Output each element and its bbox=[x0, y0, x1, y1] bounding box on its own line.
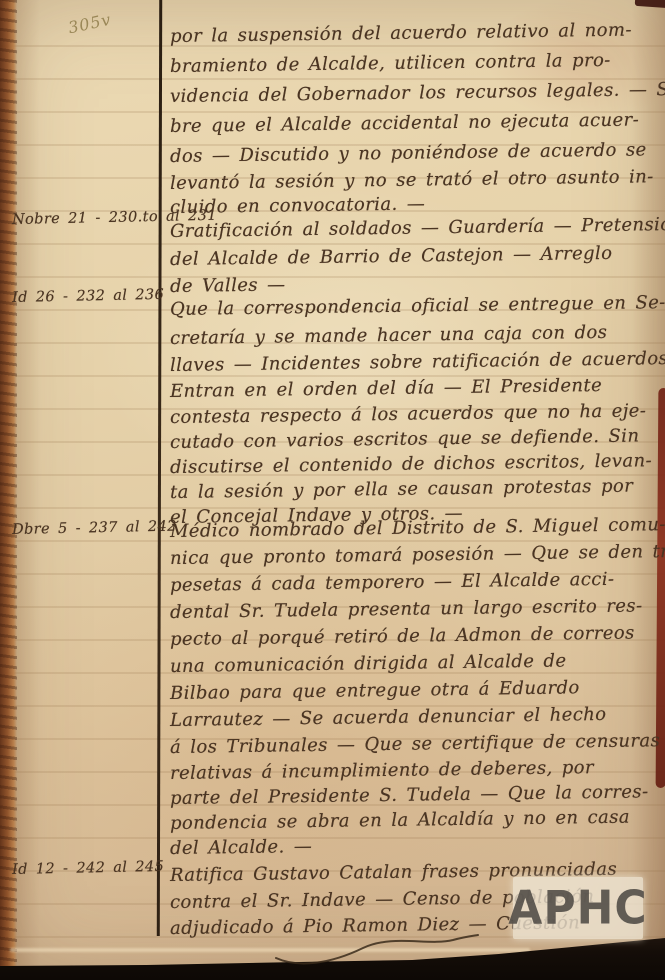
archive-watermark-text: APHC bbox=[508, 881, 647, 935]
handwriting-layer: por la suspensión del acuerdo relativo a… bbox=[0, 0, 665, 980]
archive-watermark: APHC bbox=[513, 877, 643, 939]
manuscript-line: Bilbao para que entregue otra á Eduardo bbox=[170, 676, 580, 706]
manuscript-line: de Valles — bbox=[170, 273, 286, 299]
manuscript-line: del Alcalde. — bbox=[170, 835, 313, 861]
manuscript-line: dos — Discutido y no poniéndose de acuer… bbox=[170, 138, 647, 169]
manuscript-line: levantó la sesión y no se trató el otro … bbox=[170, 165, 654, 196]
manuscript-line: pecto al porqué retiró de la Admon de co… bbox=[170, 622, 635, 652]
margin-note: Nobre 21 - 230.to al 231 bbox=[12, 209, 158, 228]
manuscript-line: bramiento de Alcalde, utilicen contra la… bbox=[170, 49, 611, 79]
rubric-flourish bbox=[268, 930, 483, 968]
manuscript-line: una comunicación dirigida al Alcalde de bbox=[170, 649, 567, 679]
manuscript-line: por la suspensión del acuerdo relativo a… bbox=[170, 19, 632, 49]
manuscript-line: Entran en el orden del día — El Presiden… bbox=[170, 374, 602, 404]
manuscript-line: del Alcalde de Barrio de Castejon — Arre… bbox=[170, 242, 613, 272]
manuscript-line: bre que el Alcalde accidental no ejecuta… bbox=[170, 108, 639, 139]
manuscript-line: ta la sesión y por ella se causan protes… bbox=[170, 475, 633, 505]
manuscript-line: cretaría y se mande hacer una caja con d… bbox=[170, 321, 608, 351]
manuscript-line: pondencia se abra en la Alcaldía y no en… bbox=[170, 806, 630, 836]
manuscript-line: nica que pronto tomará posesión — Que se… bbox=[170, 540, 665, 571]
manuscript-photo: 305v por la suspensión del acuerdo relat… bbox=[0, 0, 665, 980]
margin-note: Id 26 - 232 al 236 bbox=[12, 287, 158, 306]
margin-note: Dbre 5 - 237 al 242 bbox=[12, 519, 158, 538]
manuscript-line: videncia del Gobernador los recursos leg… bbox=[170, 78, 665, 109]
manuscript-line: Larrautez — Se acuerda denunciar el hech… bbox=[170, 703, 607, 733]
manuscript-line: dental Sr. Tudela presenta un largo escr… bbox=[170, 594, 643, 625]
manuscript-line: pesetas á cada temporero — El Alcalde ac… bbox=[170, 568, 615, 598]
margin-note: Id 12 - 242 al 245 bbox=[12, 859, 158, 878]
